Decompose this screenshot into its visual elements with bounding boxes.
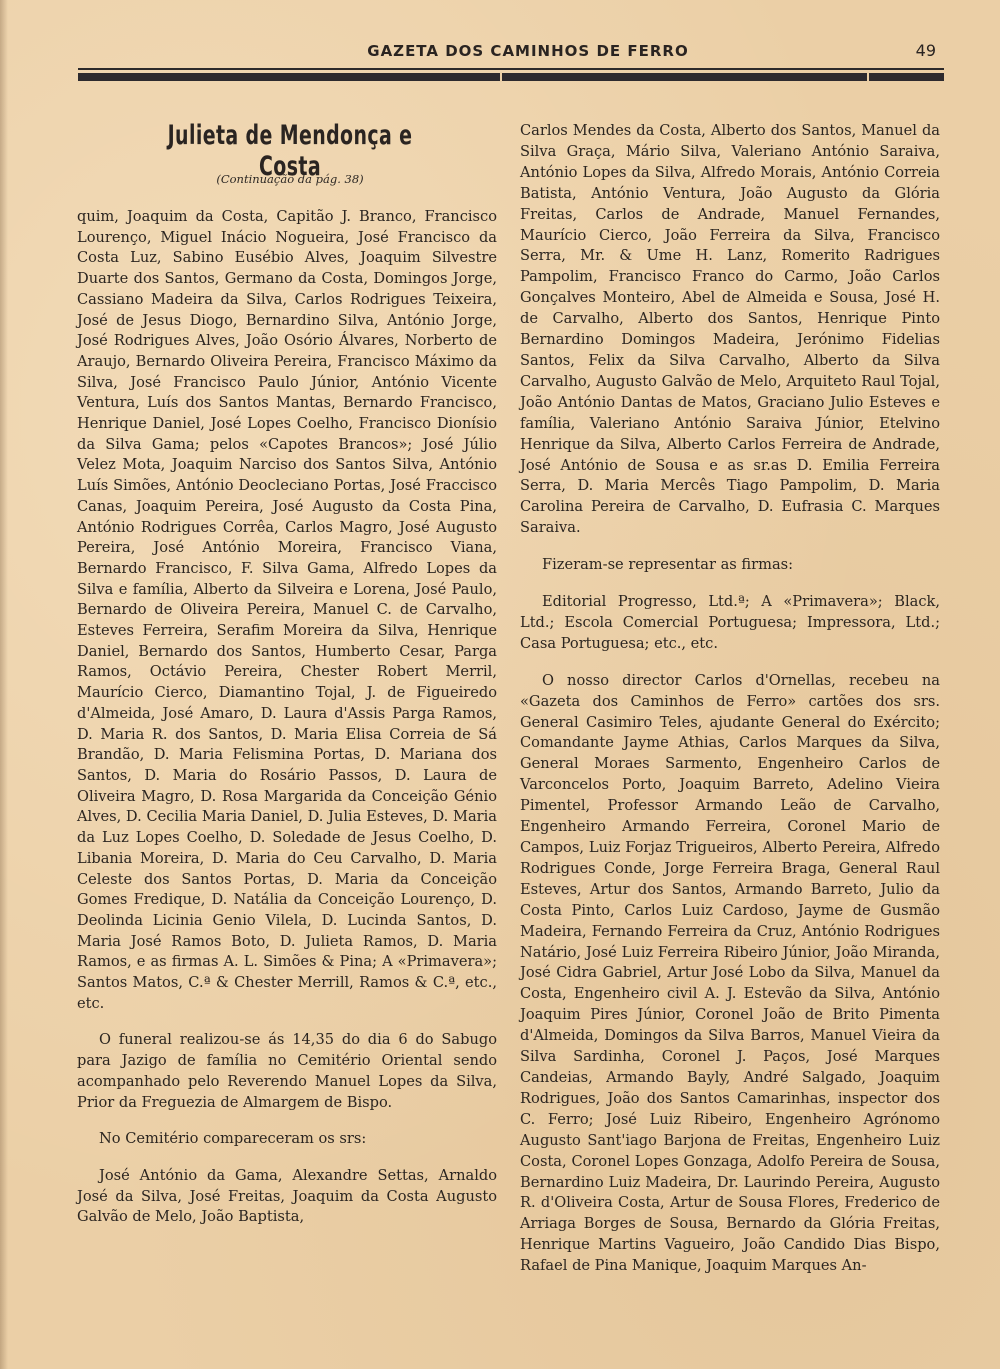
- paragraph: No Cemitério compareceram os srs:: [77, 1129, 497, 1150]
- paragraph: O nosso director Carlos d'Ornellas, rece…: [520, 671, 940, 1277]
- header-rule-thick: [78, 73, 944, 81]
- paragraph: O funeral realizou-se ás 14,35 do dia 6 …: [77, 1030, 497, 1113]
- paragraph: Fizeram-se representar as firmas:: [520, 555, 940, 576]
- page-number: 49: [916, 41, 936, 60]
- header-rule-break: [867, 72, 869, 82]
- publication-title: GAZETA DOS CAMINHOS DE FERRO: [348, 42, 708, 60]
- right-column: Carlos Mendes da Costa, Alberto dos Sant…: [520, 121, 940, 1277]
- page-edge-shadow: [0, 0, 8, 1369]
- header-rule-thin: [78, 68, 944, 70]
- header-rule-break: [500, 72, 502, 82]
- paragraph: quim, Joaquim da Costa, Capitão J. Branc…: [77, 207, 497, 1014]
- running-header: GAZETA DOS CAMINHOS DE FERRO 49: [78, 42, 944, 62]
- left-column: quim, Joaquim da Costa, Capitão J. Branc…: [77, 207, 497, 1228]
- paragraph: Editorial Progresso, Ltd.ª; A «Primavera…: [520, 592, 940, 655]
- paragraph: José António da Gama, Alexandre Settas, …: [77, 1166, 497, 1228]
- paragraph: Carlos Mendes da Costa, Alberto dos Sant…: [520, 121, 940, 539]
- article-subtitle: (Continuação da pág. 38): [100, 172, 480, 186]
